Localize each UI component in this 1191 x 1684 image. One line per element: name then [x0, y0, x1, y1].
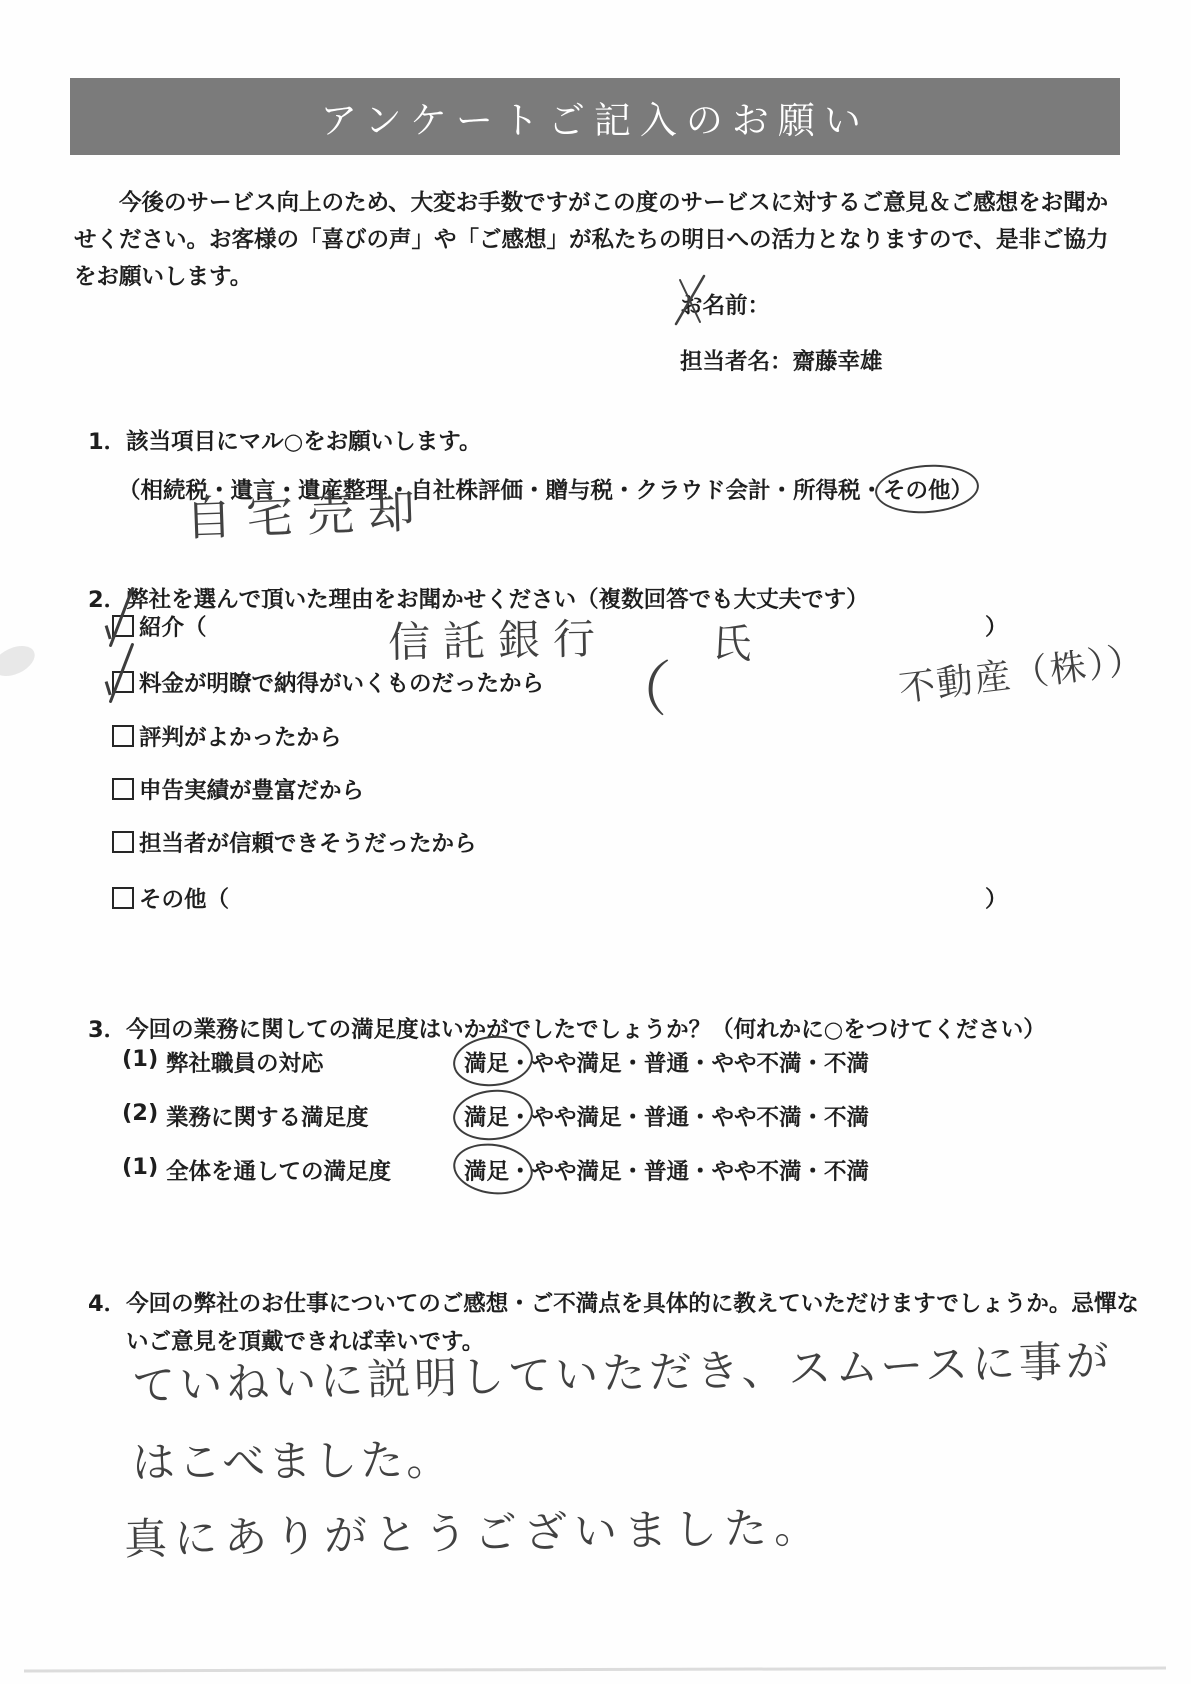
- q3-row-index: (1): [122, 1154, 166, 1186]
- q2-option-label: 申告実績が豊富だから: [139, 773, 364, 805]
- q3-circled-rating: 満足: [464, 1046, 509, 1078]
- scan-smudge-artifact: [0, 640, 39, 682]
- q1-handwritten-answer: 自宅売却: [184, 474, 430, 549]
- q4-handwritten-comment-line3: 真にありがとうございました。: [124, 1494, 825, 1567]
- q2-option-track-record: 申告実績が豊富だから: [112, 773, 1072, 805]
- q3-title-text: 今回の業務に関しての満足度はいかがでしたでしょうか？（何れかに○をつけてください…: [126, 1017, 1046, 1043]
- checkbox-checked: [112, 615, 134, 637]
- q2-option-reputation: 評判がよかったから: [112, 720, 1072, 752]
- q2-option-trustworthy-staff: 担当者が信頼できそうだったから: [112, 826, 1072, 858]
- q2-handwritten-referral-source: 信託銀行: [387, 606, 608, 670]
- q3-rating-options: ・やや満足・普通・やや不満・不満: [509, 1154, 869, 1186]
- q1-title-text: 該当項目にマル○をお願いします。: [126, 429, 481, 455]
- q2-option-label: 紹介（: [139, 610, 207, 642]
- q3-circled-rating-text: 満足: [464, 1051, 509, 1077]
- q2-option-label: 担当者が信頼できそうだったから: [139, 826, 477, 858]
- q3-row-overall-satisfaction: (1) 全体を通しての満足度 満足 ・やや満足・普通・やや不満・不満: [122, 1154, 869, 1186]
- q1-options-suffix: ）: [951, 478, 974, 504]
- q3-row-staff-response: (1) 弊社職員の対応 満足 ・やや満足・普通・やや不満・不満: [122, 1046, 869, 1078]
- q3-circled-rating-text: 満足: [464, 1105, 509, 1131]
- q1-title: 1．該当項目にマル○をお願いします。: [88, 423, 482, 461]
- page-title: アンケートご記入のお願い: [320, 90, 870, 144]
- q3-row-service-satisfaction: (2) 業務に関する満足度 満足 ・やや満足・普通・やや不満・不満: [122, 1100, 869, 1132]
- q2-option-label: 料金が明瞭で納得がいくものだったから: [139, 666, 544, 698]
- checkbox-unchecked: [112, 778, 134, 800]
- q3-title: 3．今回の業務に関しての満足度はいかがでしたでしょうか？（何れかに○をつけてくだ…: [88, 1011, 1046, 1049]
- scanned-survey-document: アンケートご記入のお願い 今後のサービス向上のため、大変お手数ですがこの度のサー…: [0, 0, 1191, 1684]
- staff-name-label: 担当者名：齋藤幸雄: [680, 344, 883, 376]
- q3-row-label: 業務に関する満足度: [166, 1100, 464, 1132]
- q2-option-label: その他（: [139, 882, 229, 914]
- checkbox-unchecked: [112, 831, 134, 853]
- q3-row-index: (2): [122, 1100, 166, 1132]
- checkbox-unchecked: [112, 887, 134, 909]
- q1-circled-option-text: その他: [883, 478, 951, 504]
- q2-handwritten-open-paren: （: [606, 638, 673, 729]
- q3-circled-rating: 満足: [464, 1154, 509, 1186]
- q2-number: 2．: [88, 587, 126, 613]
- intro-paragraph: 今後のサービス向上のため、大変お手数ですがこの度のサービスに対するご意見＆ご感想…: [74, 185, 1122, 296]
- q2-option-close-paren: ）: [985, 882, 1008, 914]
- q2-option-other: その他（ ）: [112, 882, 1072, 914]
- q3-circled-rating: 満足: [464, 1100, 509, 1132]
- q2-handwritten-honorific: 氏: [711, 611, 754, 670]
- q3-rating-options: ・やや満足・普通・やや不満・不満: [509, 1046, 869, 1078]
- q1-circled-option: その他: [883, 473, 951, 505]
- header-banner: アンケートご記入のお願い: [70, 78, 1120, 155]
- scan-edge-line-artifact: [24, 1667, 1166, 1673]
- checkbox-checked: [112, 671, 134, 693]
- q3-row-label: 全体を通しての満足度: [166, 1154, 464, 1186]
- q3-rating-options: ・やや満足・普通・やや不満・不満: [509, 1100, 869, 1132]
- handwritten-scribble-mark: [670, 272, 722, 330]
- q3-circled-rating-text: 満足: [464, 1159, 509, 1185]
- q4-handwritten-comment-line2: はこべました。: [132, 1427, 453, 1491]
- q3-number: 3．: [88, 1017, 126, 1043]
- q2-option-label: 評判がよかったから: [139, 720, 342, 752]
- q3-row-index: (1): [122, 1046, 166, 1078]
- q3-row-label: 弊社職員の対応: [166, 1046, 464, 1078]
- q2-option-close-paren: ）: [985, 610, 1008, 642]
- q4-number: 4．: [88, 1291, 126, 1317]
- check-mark: [109, 643, 135, 704]
- q2-handwritten-margin-note: 不動産（株））: [896, 631, 1148, 712]
- checkbox-unchecked: [112, 725, 134, 747]
- q1-number: 1．: [88, 429, 126, 455]
